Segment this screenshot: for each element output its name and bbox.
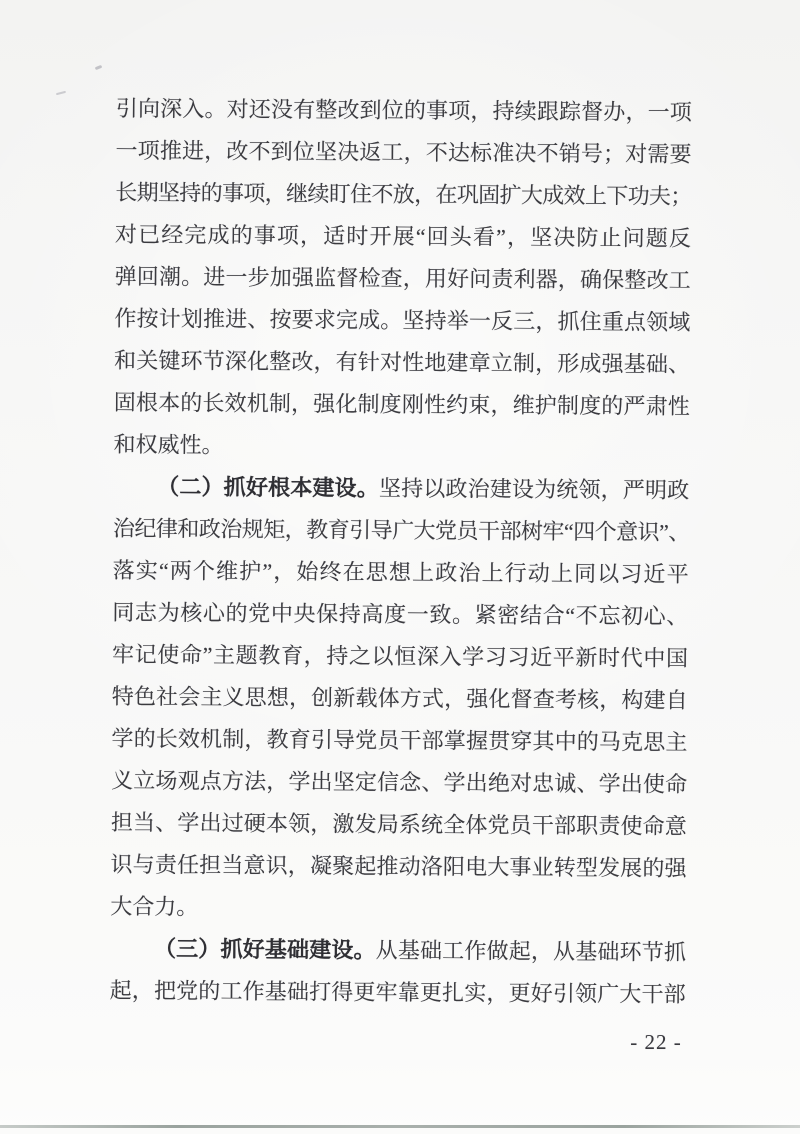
text-line: 学的长效机制，教育引导党员干部掌握贯穿其中的马克思主 [111, 718, 687, 764]
section-heading: （三）抓好基础建设。 [154, 936, 376, 963]
text-line: 引向深入。对还没有整改到位的事项，持续跟踪督办，一项 [116, 88, 692, 134]
page-number: - 22 - [608, 1030, 704, 1055]
section-heading: （二）抓好根本建设。 [157, 474, 379, 501]
text-line: 作按计划推进、按要求完成。坚持举一反三，抓住重点领域 [114, 298, 690, 344]
paragraph: 引向深入。对还没有整改到位的事项，持续跟踪督办，一项一项推进，改不到位坚决返工，… [113, 88, 692, 470]
document-body: 引向深入。对还没有整改到位的事项，持续跟踪督办，一项一项推进，改不到位坚决返工，… [110, 88, 692, 1016]
text-line: 固根本的长效机制，强化制度刚性约束，维护制度的严肃性 [114, 382, 690, 428]
text-line: 特色社会主义思想，创新载体方式，强化督查考核，构建自 [112, 676, 688, 722]
text-line: 对已经完成的事项，适时开展“回头看”，坚决防止问题反 [115, 214, 691, 260]
paragraph: （二）抓好根本建设。坚持以政治建设为统领，严明政治纪律和政治规矩，教育引导广大党… [110, 466, 689, 932]
line-text: 坚持以政治建设为统领，严明政 [379, 476, 689, 503]
line-text: 从基础工作做起，从基础环节抓 [376, 938, 686, 965]
text-line: 治纪律和政治规矩，教育引导广大党员干部树牢“四个意识”、 [113, 508, 689, 554]
text-line: 牢记使命”主题教育，持之以恒深入学习习近平新时代中国 [112, 634, 688, 680]
text-line: 和关键环节深化整改，有针对性地建章立制，形成强基础、 [114, 340, 690, 386]
scan-speck [95, 65, 103, 70]
text-line: 一项推进，改不到位坚决返工，不达标准决不销号；对需要 [115, 130, 691, 176]
paragraph: （三）抓好基础建设。从基础工作做起，从基础环节抓起，把党的工作基础打得更牢靠更扎… [110, 928, 687, 1016]
text-line: 起，把党的工作基础打得更牢靠更扎实，更好引领广大干部 [110, 970, 686, 1016]
text-line: （三）抓好基础建设。从基础工作做起，从基础环节抓 [110, 928, 686, 974]
text-line: 担当、学出过硬本领，激发局系统全体党员干部职责使命意 [111, 802, 687, 848]
text-line: 大合力。 [110, 886, 686, 932]
scan-speck [56, 91, 66, 95]
document-page: 引向深入。对还没有整改到位的事项，持续跟踪督办，一项一项推进，改不到位坚决返工，… [0, 0, 800, 1134]
text-line: 同志为核心的党中央保持高度一致。紧密结合“不忘初心、 [112, 592, 688, 638]
text-line: 弹回潮。进一步加强监督检查，用好问责利器，确保整改工 [115, 256, 691, 302]
text-line: （二）抓好根本建设。坚持以政治建设为统领，严明政 [113, 466, 689, 512]
text-line: 识与责任担当意识，凝聚起推动洛阳电大事业转型发展的强 [110, 844, 686, 890]
text-line: 和权威性。 [113, 424, 689, 470]
text-line: 义立场观点方法，学出坚定信念、学出绝对忠诚、学出使命 [111, 760, 687, 806]
scanner-background [0, 1128, 800, 1134]
text-line: 落实“两个维护”，始终在思想上政治上行动上同以习近平 [112, 550, 688, 596]
text-line: 长期坚持的事项，继续盯住不放，在巩固扩大成效上下功夫； [115, 172, 691, 218]
